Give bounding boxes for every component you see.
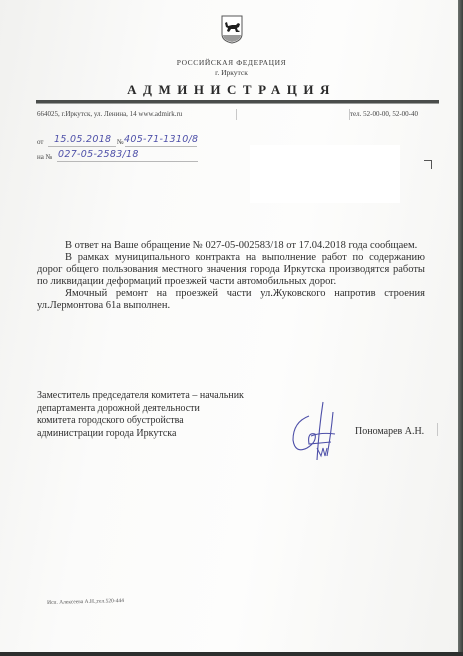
- number-field-line: [125, 146, 197, 147]
- handwritten-signature-icon: [287, 398, 347, 468]
- reply-to-number: 027-05-2583/18: [58, 149, 139, 160]
- reply-to-label: на №: [37, 153, 52, 161]
- reply-to-row: на №: [37, 153, 52, 161]
- number-label: №: [117, 138, 124, 146]
- scan-edge-bottom: [0, 652, 463, 656]
- city-name: г. Иркутск: [0, 68, 463, 77]
- from-label: от: [37, 138, 43, 146]
- scan-edge-right: [458, 0, 463, 656]
- signer-name: Пономарев А.Н.: [355, 426, 424, 437]
- outgoing-date: 15.05.2018: [54, 134, 111, 145]
- outgoing-number: 405-71-1310/8: [124, 134, 198, 145]
- number-label-wrap: №: [117, 138, 124, 146]
- position-line: комитета городского обустройства: [37, 415, 244, 428]
- letter-body: В ответ на Ваше обращение № 027-05-00258…: [37, 240, 425, 312]
- address-line: 664025, г.Иркутск, ул. Ленина, 14 www.ad…: [37, 110, 182, 118]
- organization-title: АДМИНИСТРАЦИЯ: [0, 82, 463, 98]
- body-paragraph: В рамках муниципального контракта на вып…: [37, 252, 425, 288]
- outgoing-date-row: от: [37, 138, 43, 146]
- position-line: администрации города Иркутска: [37, 428, 244, 441]
- header-divider: [36, 100, 439, 104]
- position-line: Заместитель председателя комитета – нача…: [37, 390, 244, 403]
- signer-separator: [437, 423, 438, 436]
- address-corner-mark: [424, 160, 432, 169]
- body-paragraph: Ямочный ремонт на проезжей части ул.Жуко…: [37, 288, 425, 312]
- reply-to-field-line: [57, 161, 198, 162]
- body-paragraph: В ответ на Ваше обращение № 027-05-00258…: [37, 240, 425, 252]
- phone-line: тел. 52-00-00, 52-00-40: [350, 110, 418, 118]
- signatory-position: Заместитель председателя комитета – нача…: [37, 390, 244, 440]
- redacted-addressee: [250, 145, 400, 203]
- date-field-line: [48, 146, 116, 147]
- address-separator: [236, 109, 237, 120]
- country-name: РОССИЙСКАЯ ФЕДЕРАЦИЯ: [0, 58, 463, 67]
- irkutsk-coat-of-arms-icon: [220, 14, 244, 44]
- position-line: департамента дорожной деятельности: [37, 403, 244, 416]
